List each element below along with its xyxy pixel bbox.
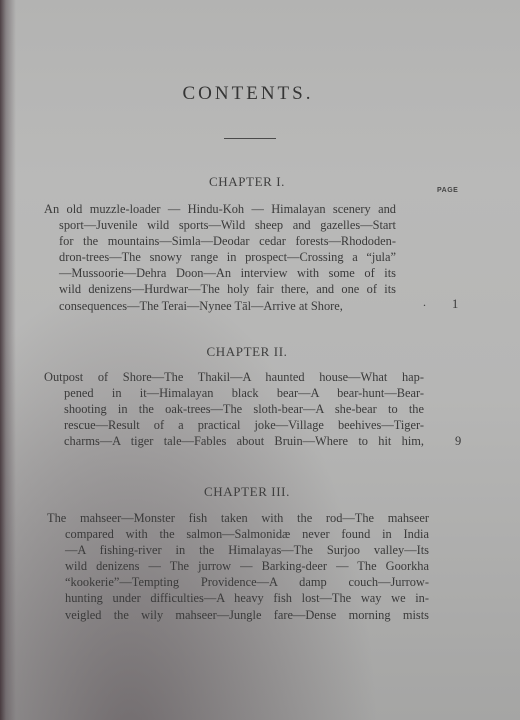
chapter-1-line: for the mountains—Simla—Deodar cedar for… xyxy=(59,233,396,249)
chapter-2-heading: CHAPTER II. xyxy=(0,344,494,360)
chapter-3-line: —A fishing-river in the Himalayas—The Su… xyxy=(65,542,429,558)
chapter-3-line: compared with the salmon—Salmonidæ never… xyxy=(65,526,429,542)
chapter-3-line: “kookerie”—Tempting Providence—A damp co… xyxy=(65,574,429,590)
chapter-1-leader: . xyxy=(423,295,426,310)
chapter-1-heading: CHAPTER I. xyxy=(0,174,494,190)
chapter-2-line: rescue—Result of a practical joke—Villag… xyxy=(64,417,424,433)
chapter-2-line: pened in it—Himalayan black bear—A bear-… xyxy=(64,385,424,401)
chapter-2-line: charms—A tiger tale—Fables about Bruin—W… xyxy=(64,433,424,449)
page-column-label: PAGE xyxy=(437,187,458,194)
contents-title: CONTENTS. xyxy=(0,83,496,105)
book-page: CONTENTS. CHAPTER I. PAGE An old muzzle-… xyxy=(0,0,520,720)
title-divider xyxy=(224,138,276,139)
chapter-1-summary: An old muzzle-loader — Hindu-Koh — Himal… xyxy=(44,201,396,314)
chapter-3-heading: CHAPTER III. xyxy=(0,484,494,500)
chapter-3-line: veigled the wily mahseer—Jungle fare—Den… xyxy=(65,607,429,623)
chapter-1-line: —Mussoorie—Dehra Doon—An interview with … xyxy=(59,265,396,281)
chapter-1-line: sport—Juvenile wild sports—Wild sheep an… xyxy=(59,217,396,233)
chapter-1-page-number: 1 xyxy=(452,297,458,312)
chapter-1-line: An old muzzle-loader — Hindu-Koh — Himal… xyxy=(44,201,396,217)
chapter-2-line: Outpost of Shore—The Thakil—A haunted ho… xyxy=(44,369,424,385)
chapter-1-line: wild denizens—Hurdwar—The holy fair ther… xyxy=(59,281,396,297)
chapter-3-summary: The mahseer—Monster fish taken with the … xyxy=(47,510,429,623)
chapter-2-summary: Outpost of Shore—The Thakil—A haunted ho… xyxy=(44,369,424,449)
chapter-2-page-number: 9 xyxy=(455,434,461,449)
chapter-3-line: hunting under difficulties—A heavy fish … xyxy=(65,590,429,606)
chapter-3-line: The mahseer—Monster fish taken with the … xyxy=(47,510,429,526)
chapter-2-line: shooting in the oak-trees—The sloth-bear… xyxy=(64,401,424,417)
chapter-3-line: wild denizens — The jurrow — Barking-dee… xyxy=(65,558,429,574)
chapter-1-line: dron-trees—The snowy range in prospect—C… xyxy=(59,249,396,265)
chapter-1-line: consequences—The Terai—Nynee Tāl—Arrive … xyxy=(59,298,396,314)
